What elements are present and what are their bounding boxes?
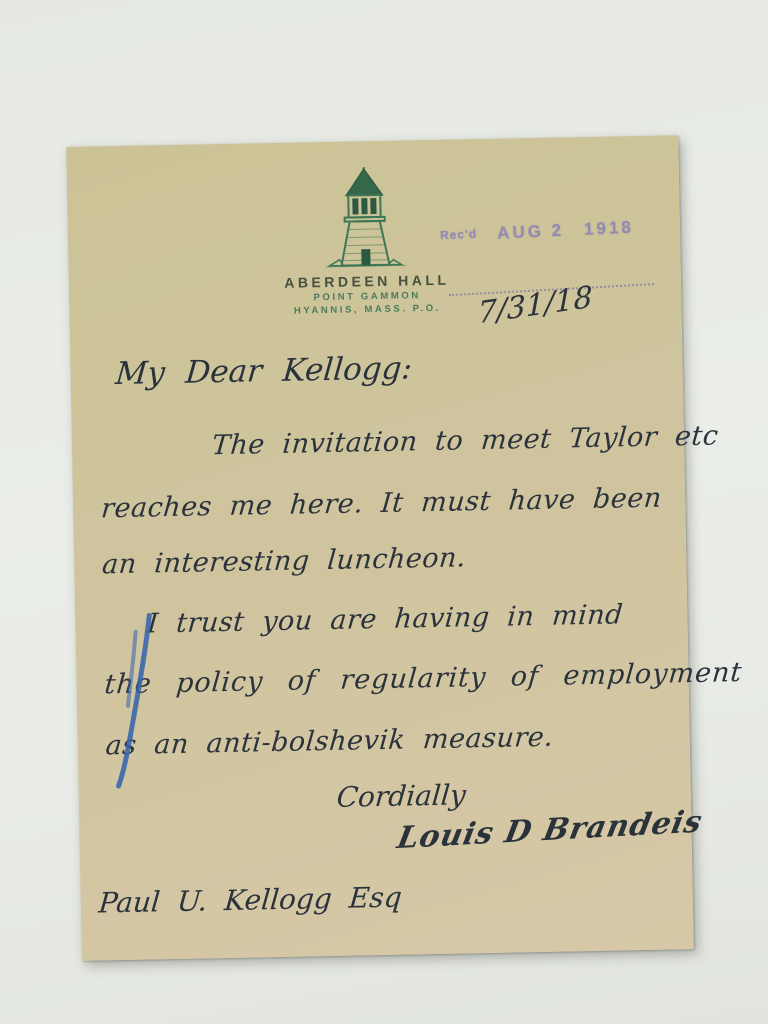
handwritten-date: 7/31/18: [478, 280, 593, 332]
received-stamp: Rec'd AUG 2 1918: [440, 218, 635, 247]
blue-pencil-mark: [105, 609, 158, 792]
addressee: Paul U. Kellogg Esq: [97, 881, 403, 920]
letter-line: as an anti-bolshevik measure.: [104, 722, 554, 762]
salutation: My Dear Kellogg:: [114, 350, 414, 392]
letter-paper: ABERDEEN HALL POINT GAMMON HYANNIS, MASS…: [66, 135, 694, 961]
letter-line: an interesting luncheon.: [101, 542, 467, 580]
stamp-year: 1918: [584, 218, 635, 240]
signature: Louis D Brandeis: [394, 804, 705, 856]
letter-photograph: ABERDEEN HALL POINT GAMMON HYANNIS, MASS…: [0, 0, 768, 1024]
letter-line: the policy of regularity of employment: [103, 657, 743, 700]
letter-line: The invitation to meet Taylor etc: [211, 420, 720, 461]
letter-line: reaches me here. It must have been: [100, 483, 663, 525]
letterhead-address: HYANNIS, MASS. P.O.: [247, 302, 487, 318]
lighthouse-icon: [322, 166, 408, 276]
letterhead-name: ABERDEEN HALL: [247, 271, 487, 292]
stamp-date: AUG 2: [497, 221, 565, 244]
closing: Cordially: [335, 778, 467, 814]
letter-line: I trust you are having in mind: [146, 599, 624, 639]
stamp-received-label: Rec'd: [440, 227, 478, 243]
